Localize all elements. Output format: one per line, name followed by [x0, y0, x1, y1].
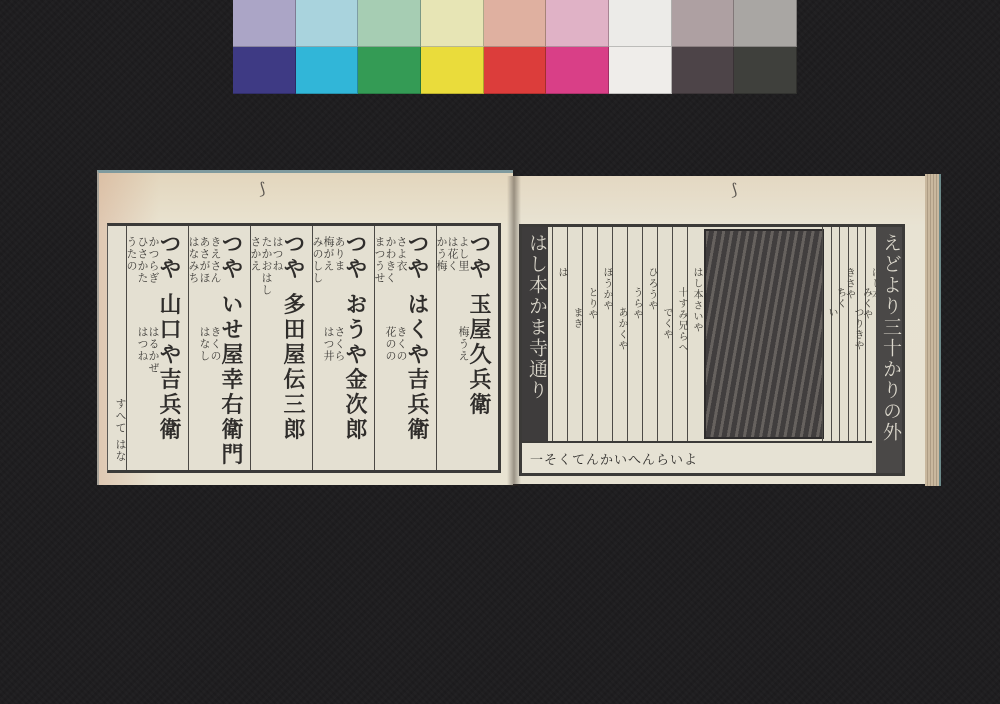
color-patch: [734, 47, 797, 94]
page-stack-edge: [925, 174, 941, 486]
color-patch: [734, 0, 797, 47]
column-rule: [567, 227, 568, 441]
column-rule: [839, 227, 840, 441]
shop-entry-column: つや おうや金次郎ありま梅がえみのししさくらはつ井: [312, 226, 375, 470]
shop-entry-column: つや 玉屋久兵衛よし里は花くかう梅梅うえ: [436, 226, 499, 470]
color-patch: [358, 47, 421, 94]
listing-text: ちく: [833, 287, 848, 309]
color-patch: [233, 0, 296, 47]
color-patch: [484, 47, 547, 94]
column-rule: [831, 227, 832, 441]
column-rule: [865, 227, 866, 441]
paper-tear-mark: ⟆: [259, 179, 265, 198]
paper-tear-mark: ⟆: [731, 180, 737, 199]
color-patch: [421, 0, 484, 47]
courtesan-name: はなし: [198, 326, 210, 362]
column-rule: [552, 227, 553, 441]
left-band-title: はし本かま寺通り: [524, 233, 551, 401]
right-title-band: えどより三十かりの外: [876, 227, 902, 473]
listing-text: い: [824, 307, 839, 318]
left-page-frame: つや 玉屋久兵衛よし里は花くかう梅梅うえつや はくや吉兵衛さよ衣かわきくまつうせ…: [107, 223, 501, 473]
margin-note: すへて はな: [114, 398, 126, 463]
right-page-frame: はし本かま寺通り はし本さいや十すみ兄らへでくやひろうやうらやあかくやほうかやと…: [519, 224, 905, 476]
color-patch: [233, 47, 296, 94]
left-title-band: はし本かま寺通り: [522, 227, 548, 441]
listing-text: は: [554, 267, 569, 278]
listing-text: まき: [569, 307, 584, 329]
color-patch: [358, 0, 421, 47]
shop-entry-column: つや はくや吉兵衛さよ衣かわきくまつうせきくの花のの: [374, 226, 437, 470]
listing-text: うらや: [629, 287, 644, 320]
shop-entry-column: つや いせ屋幸右衛門きえさんあさがほはなみちきくのはなし: [188, 226, 251, 470]
color-patch: [672, 47, 735, 94]
column-rule: [597, 227, 598, 441]
color-patch: [546, 47, 609, 94]
courtesan-name: はつ井: [322, 326, 334, 362]
column-rule: [848, 227, 849, 441]
column-rule: [612, 227, 613, 441]
shop-entry-column: つや 山口や吉兵衛かつらぎひさかたうたのはるかぜはつね: [126, 226, 189, 470]
courtesan-name: 花のの: [384, 326, 396, 362]
listing-text: つりきや: [850, 307, 865, 351]
left-page: ⟆ つや 玉屋久兵衛よし里は花くかう梅梅うえつや はくや吉兵衛さよ衣かわきくまつ…: [97, 170, 513, 485]
right-band-title: えどより三十かりの外: [878, 233, 905, 443]
open-book: ⟆ つや 玉屋久兵衛よし里は花くかう梅梅うえつや はくや吉兵衛さよ衣かわきくまつ…: [97, 168, 940, 488]
listing-text: ほうかや: [599, 267, 614, 311]
bottom-text: 一そくてんかいへんらいよ: [530, 449, 698, 468]
color-patch: [296, 0, 359, 47]
courtesan-name: はつね: [136, 326, 148, 362]
color-patch: [296, 47, 359, 94]
color-calibration-chart: [233, 0, 797, 94]
courtesan-name: うたの: [125, 236, 137, 272]
column-rule: [582, 227, 583, 441]
listing-text: ひろうや: [644, 267, 659, 311]
listing-text: 十すみ兄らへ: [674, 287, 689, 353]
dark-illustration-panel: [704, 229, 824, 439]
courtesan-name: 梅うえ: [457, 326, 469, 362]
listing-text: はし本さいや: [689, 267, 704, 333]
listing-text: でくや: [659, 307, 674, 340]
listing-text: あかくや: [614, 307, 629, 351]
color-patch: [672, 0, 735, 47]
bottom-text-strip: 一そくてんかいへんらいよ: [522, 441, 872, 473]
color-patch: [421, 47, 484, 94]
color-patch: [609, 0, 672, 47]
column-rule: [657, 227, 658, 441]
color-patch: [609, 47, 672, 94]
book-spine: [507, 176, 521, 486]
shop-entry-column: つや 多田屋伝三郎はつねたかおはしさかえ: [250, 226, 313, 470]
listing-text: とりや: [584, 287, 599, 320]
right-page: ⟆ はし本かま寺通り はし本さいや十すみ兄らへでくやひろうやうらやあかくやほうか…: [509, 176, 925, 484]
column-rule: [822, 227, 823, 441]
column-rule: [642, 227, 643, 441]
color-patch: [484, 0, 547, 47]
color-patch: [546, 0, 609, 47]
